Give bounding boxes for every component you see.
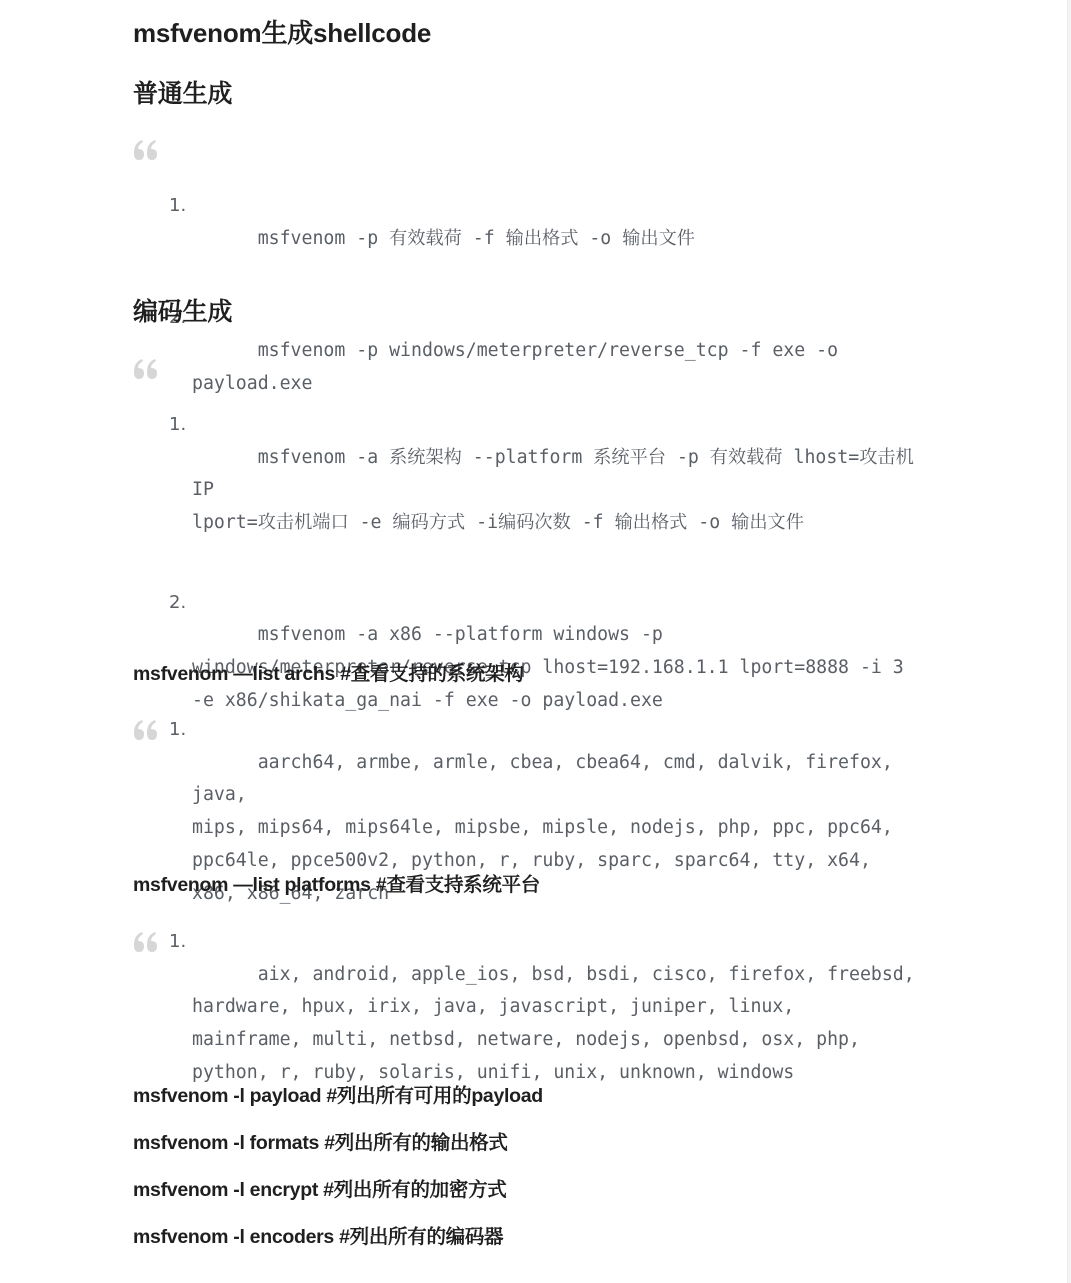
quote-open-icon <box>133 931 159 953</box>
list-encrypt-command: msfvenom -l encrypt #列出所有的加密方式 <box>133 1177 506 1203</box>
archs-list: 1.aarch64, armbe, armle, cbea, cbea64, c… <box>169 714 929 943</box>
encoded-generate-list: 1.msfvenom -a 系统架构 --platform 系统平台 -p 有效… <box>169 409 929 750</box>
page-scrollbar-edge[interactable] <box>1067 0 1071 1283</box>
code-command: msfvenom -a 系统架构 --platform 系统平台 -p 有效载荷… <box>192 447 914 533</box>
quote-open-icon <box>133 139 159 161</box>
list-item: 1.msfvenom -a 系统架构 --platform 系统平台 -p 有效… <box>169 409 929 573</box>
page-title: msfvenom生成shellcode <box>133 17 431 49</box>
list-number: 1. <box>169 190 186 223</box>
section-heading-normal-generate: 普通生成 <box>133 79 232 109</box>
list-number: 1. <box>169 926 186 959</box>
quote-open-icon <box>133 719 159 741</box>
list-number: 2. <box>169 587 186 620</box>
list-payload-command: msfvenom -l payload #列出所有可用的payload <box>133 1083 543 1109</box>
list-number: 1. <box>169 409 186 442</box>
code-command: msfvenom -p windows/meterpreter/reverse_… <box>192 340 849 394</box>
platforms-values: aix, android, apple_ios, bsd, bsdi, cisc… <box>192 964 915 1083</box>
list-formats-command: msfvenom -l formats #列出所有的输出格式 <box>133 1130 508 1156</box>
quote-open-icon <box>133 358 159 380</box>
section-heading-encoded-generate: 编码生成 <box>133 297 232 327</box>
code-command: msfvenom -p 有效载荷 -f 输出格式 -o 输出文件 <box>258 228 695 249</box>
list-platforms-command: msfvenom —list platforms #查看支持系统平台 <box>133 872 540 898</box>
list-item: 1.aarch64, armbe, armle, cbea, cbea64, c… <box>169 714 929 943</box>
list-number: 1. <box>169 714 186 747</box>
list-item: 1.msfvenom -p 有效载荷 -f 输出格式 -o 输出文件 <box>169 190 929 288</box>
normal-generate-list: 1.msfvenom -p 有效载荷 -f 输出格式 -o 输出文件 2.msf… <box>169 190 929 433</box>
list-encoders-command: msfvenom -l encoders #列出所有的编码器 <box>133 1224 503 1250</box>
list-archs-command: msfvenom —list archs #查看支持的系统架构 <box>133 661 524 687</box>
